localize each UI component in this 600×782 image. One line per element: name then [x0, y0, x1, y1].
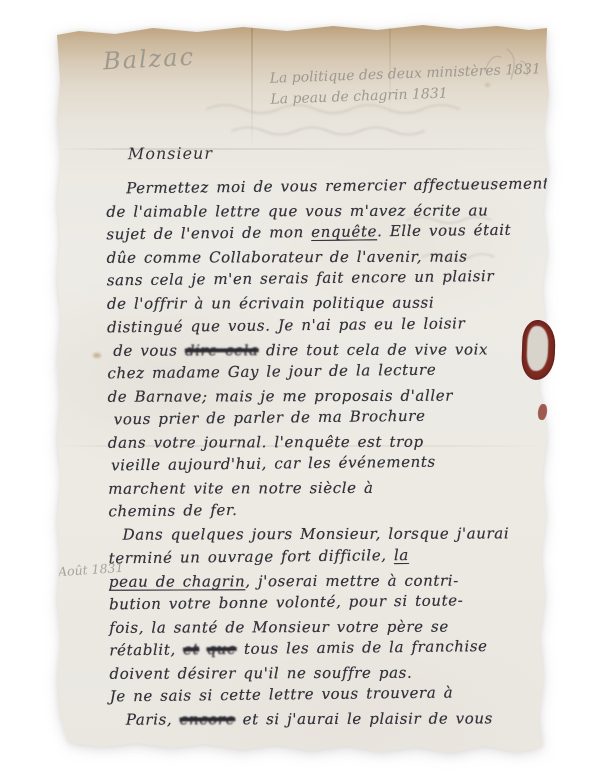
- text-segment: distingué que vous. Je n'ai pas eu le lo…: [107, 314, 465, 336]
- struck-scribble: dire cela: [185, 341, 259, 359]
- struck-scribble: et: [183, 640, 199, 658]
- letter-line: Je ne sais si cette lettre vous trouvera…: [110, 681, 520, 709]
- letter-line: sujet de l'envoi de mon enquête. Elle vo…: [106, 219, 516, 247]
- letter-line: vieille aujourd'hui, car les événements: [111, 450, 518, 478]
- text-segment: dans votre journal. l'enquête est trop: [108, 433, 424, 452]
- text-segment: fois, la santé de Monsieur votre père se: [109, 617, 449, 636]
- letter-line: distingué que vous. Je n'ai pas eu le lo…: [107, 311, 517, 339]
- text-segment: chez madame Gay le jour de la lecture: [107, 360, 436, 382]
- fold-crease-vertical: [251, 25, 253, 150]
- text-segment: dûe comme Collaborateur de l'avenir, mai…: [107, 248, 468, 267]
- text-segment: vous prier de parler de ma Brochure: [114, 407, 426, 429]
- letter-line: bution votre bonne volonté, pour si tout…: [109, 588, 519, 616]
- underlined-text: peau de chagrin: [109, 572, 245, 590]
- photo-background: Balzac La politique des deux ministères …: [0, 0, 600, 782]
- fox-spot: [93, 353, 101, 358]
- text-segment: dire tout cela de vive voix: [259, 340, 489, 359]
- text-segment: Je ne sais si cette lettre vous trouvera…: [110, 684, 454, 706]
- text-segment: Permettez moi de vous remercier affectue…: [126, 174, 550, 197]
- text-segment: et si j'aurai le plaisir de vous: [235, 710, 493, 729]
- struck-scribble: encore: [180, 710, 236, 728]
- letter-line: chez madame Gay le jour de la lecture: [107, 357, 517, 385]
- text-segment: Dans quelques jours Monsieur, lorsque j'…: [123, 525, 510, 544]
- text-segment: . Elle vous était: [377, 221, 511, 241]
- text-segment: rétablit,: [109, 640, 183, 659]
- pencil-annotation-works: La politique des deux ministères 1831 La…: [269, 59, 542, 110]
- text-segment: sans cela je m'en serais fait encore un …: [107, 267, 495, 289]
- text-segment: de l'aimable lettre que vous m'avez écri…: [106, 202, 488, 221]
- text-segment: de vous: [113, 341, 185, 359]
- struck-scribble: que: [207, 640, 237, 658]
- text-segment: de Barnave; mais je me proposais d'aller: [108, 386, 453, 405]
- text-segment: doivent désirer qu'il ne souffre pas.: [109, 664, 412, 683]
- letter-line: chemins de fer.: [108, 496, 518, 524]
- text-segment: de l'offrir à un écrivain politique auss…: [107, 294, 434, 313]
- wax-seal-core: [526, 326, 549, 372]
- text-segment: sujet de l'envoi de mon: [106, 223, 311, 243]
- letter-body: Monsieur Permettez moi de vous remercier…: [57, 23, 549, 26]
- salutation: Monsieur: [128, 144, 213, 164]
- underlined-text: la: [394, 545, 409, 563]
- letter-line: sans cela je m'en serais fait encore un …: [107, 265, 517, 293]
- letter-lines: Permettez moi de vous remercier affectue…: [106, 175, 520, 732]
- letter-paper: Balzac La politique des deux ministères …: [57, 25, 549, 753]
- letter-paper-wrap: Balzac La politique des deux ministères …: [57, 25, 549, 753]
- letter-line: terminé un ouvrage fort difficile, la: [109, 542, 519, 570]
- text-segment: , j'oserai mettre à contri-: [245, 571, 459, 590]
- text-segment: terminé un ouvrage fort difficile,: [109, 546, 394, 567]
- letter-line: vous prier de parler de ma Brochure: [114, 404, 518, 432]
- text-segment: Paris,: [126, 711, 180, 729]
- text-segment: bution votre bonne volonté, pour si tout…: [109, 591, 464, 613]
- pencil-annotation-author: Balzac: [102, 43, 195, 76]
- text-segment: tous les amis de la franchise: [236, 637, 487, 658]
- letter-line: rétablit, et que tous les amis de la fra…: [109, 635, 519, 663]
- underlined-text: enquête: [311, 222, 377, 241]
- text-segment: chemins de fer.: [108, 501, 237, 520]
- wax-seal: [521, 319, 556, 380]
- letter-line: Permettez moi de vous remercier affectue…: [126, 173, 516, 201]
- text-segment: vieille aujourd'hui, car les événements: [111, 453, 436, 475]
- text-segment: marchent vite en notre siècle à: [108, 479, 373, 498]
- letter-line: Paris, encore et si j'aurai le plaisir d…: [126, 707, 520, 731]
